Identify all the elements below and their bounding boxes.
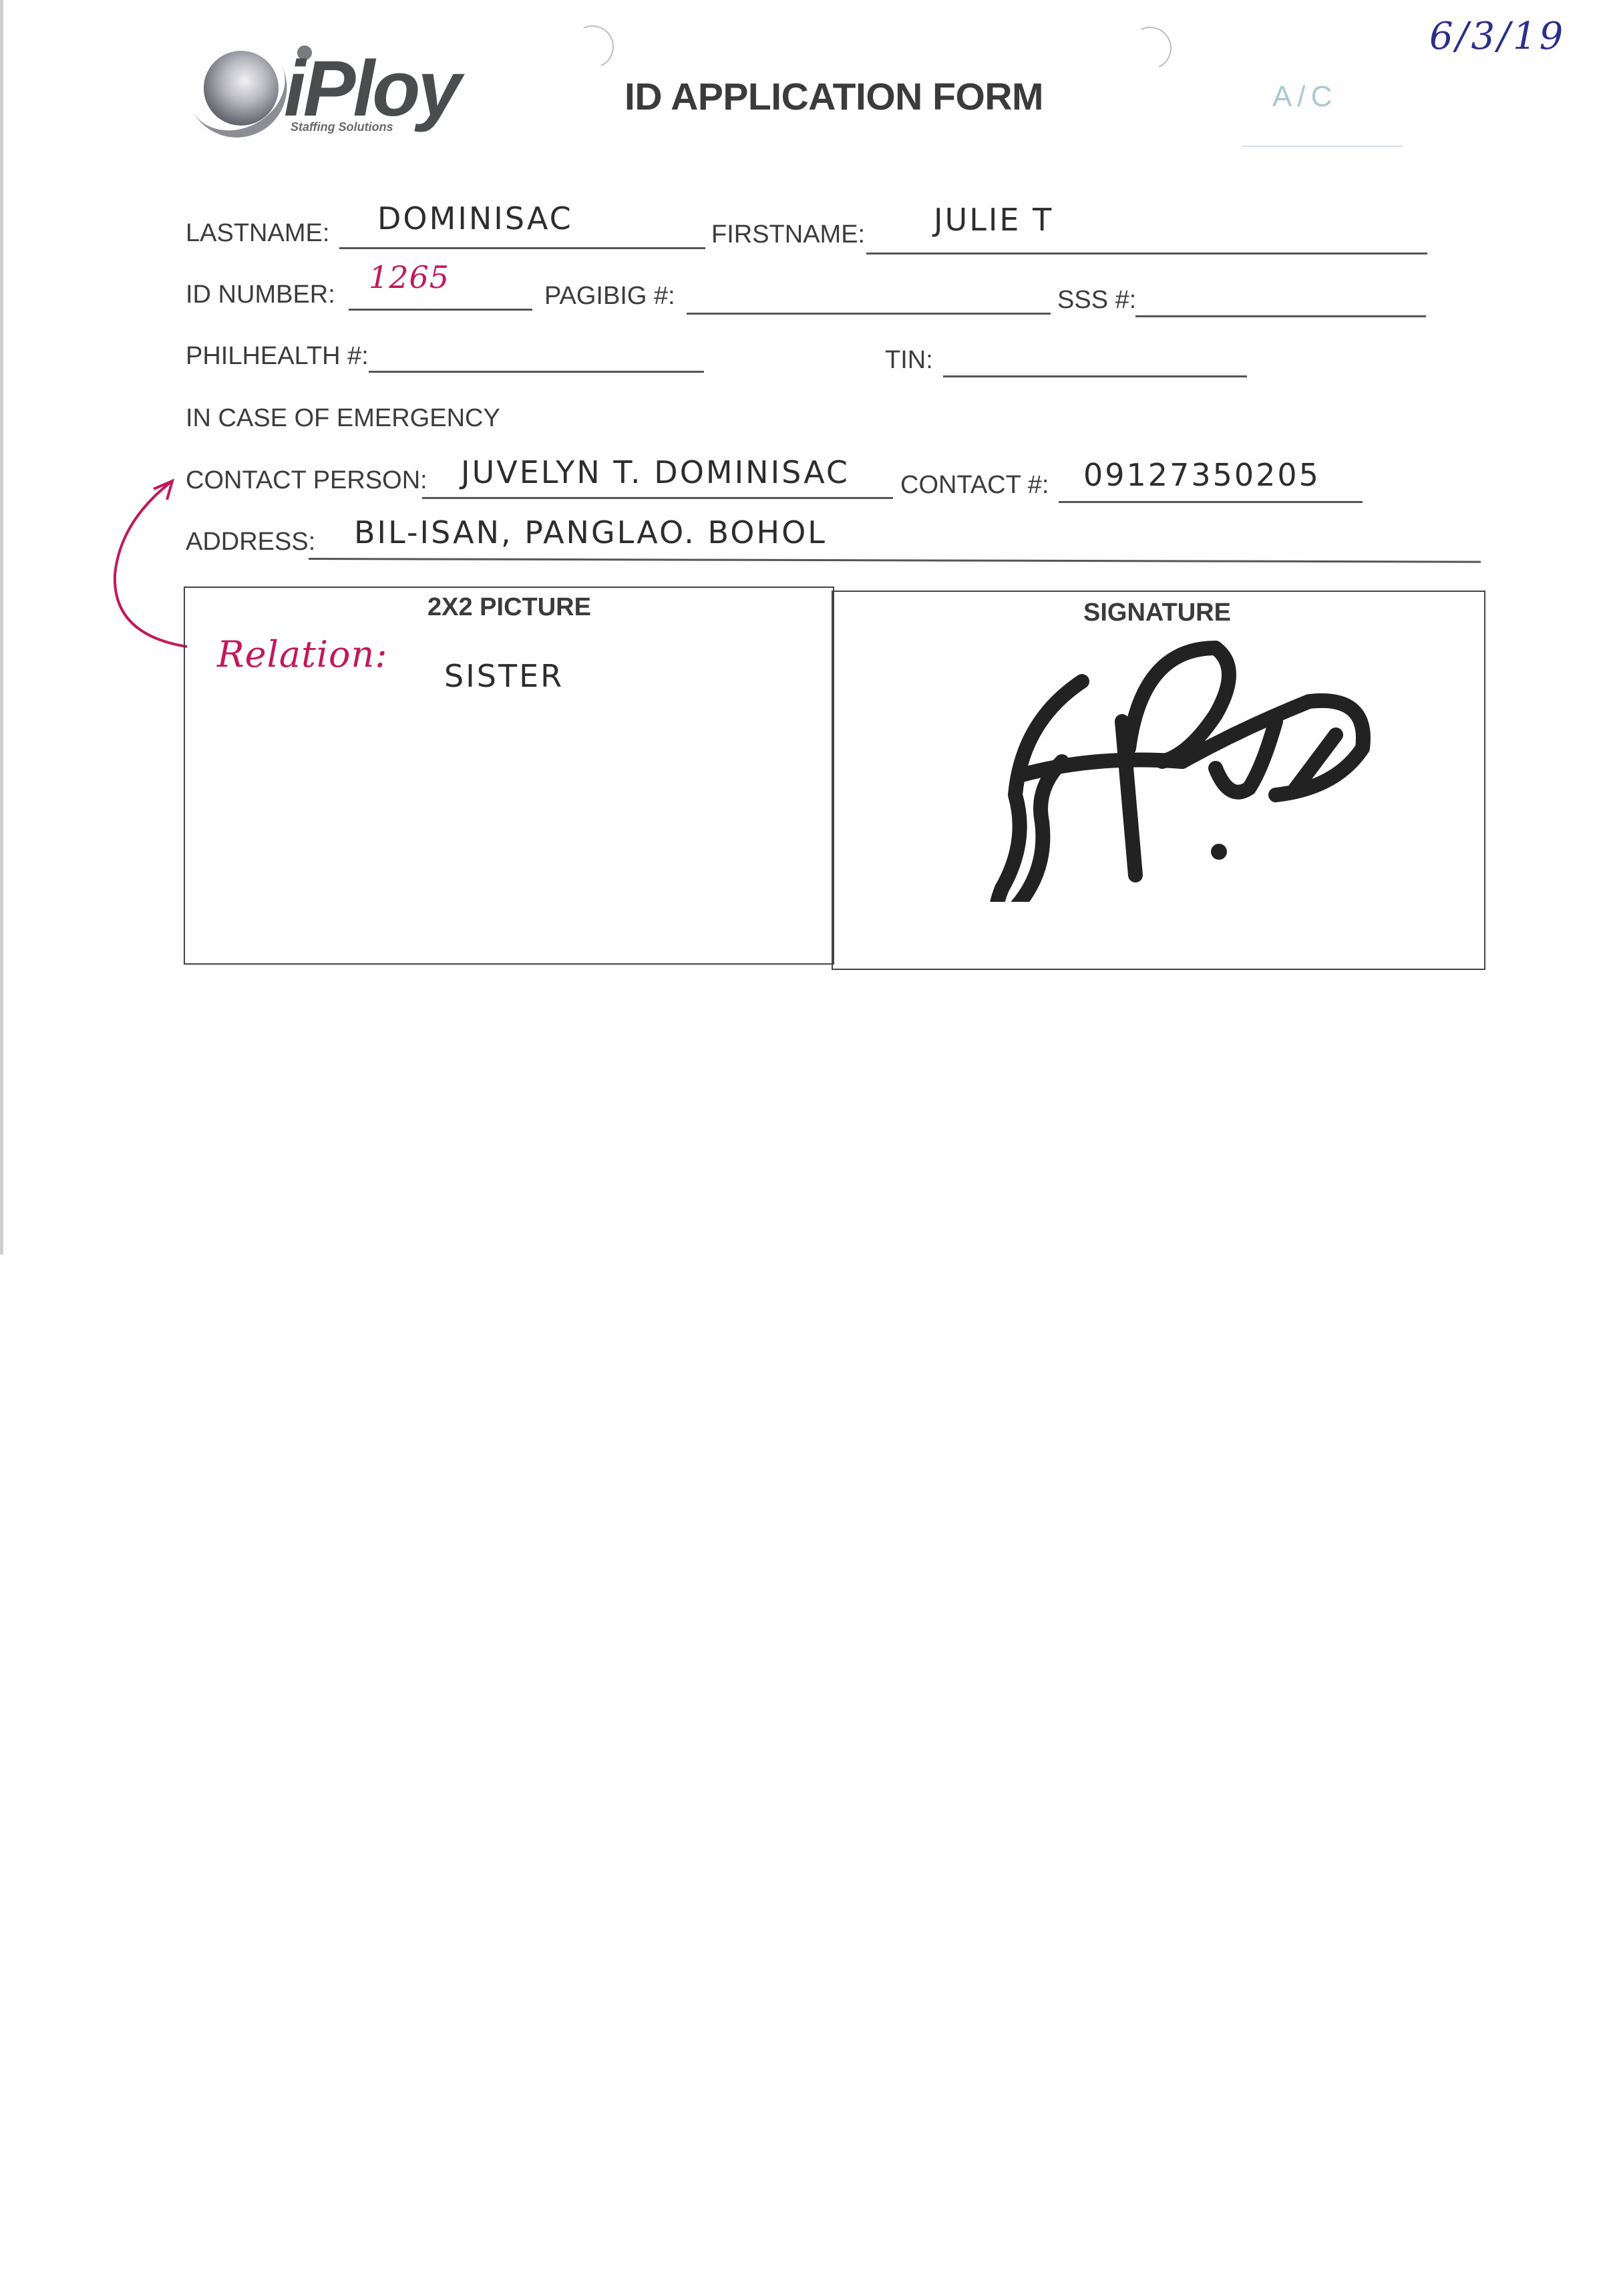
sss-field[interactable] [1135, 315, 1426, 317]
id-number-label: ID NUMBER: [186, 281, 335, 309]
id-application-form-page: iPloy Staffing Solutions ID APPLICATION … [0, 0, 1609, 2296]
form-title: ID APPLICATION FORM [624, 75, 1043, 119]
firstname-label: FIRSTNAME: [711, 220, 865, 249]
signature-mark [962, 621, 1443, 902]
faint-line [1242, 146, 1403, 147]
logo-tagline: Staffing Solutions [291, 120, 393, 134]
contact-number-field[interactable] [1059, 501, 1363, 503]
address-value: BIL-ISAN, PANGLAO. BOHOL [354, 514, 827, 550]
sss-label: SSS #: [1057, 286, 1136, 315]
punch-hole-mark [565, 19, 620, 74]
contact-person-value: JUVELYN T. DOMINISAC [461, 454, 850, 490]
relation-value: SISTER [444, 658, 564, 694]
pagibig-field[interactable] [687, 313, 1051, 315]
firstname-field[interactable] [866, 253, 1427, 255]
faint-stamp: A/C [1272, 80, 1337, 114]
address-field[interactable] [309, 558, 1481, 563]
picture-box-title: 2X2 PICTURE [427, 593, 591, 622]
punch-hole-mark [1123, 21, 1178, 75]
tin-field[interactable] [943, 375, 1247, 377]
id-number-field[interactable] [349, 309, 532, 311]
pagibig-label: PAGIBIG #: [544, 282, 675, 311]
id-number-value: 1265 [369, 259, 450, 295]
iploy-logo: iPloy Staffing Solutions [197, 45, 464, 146]
contact-number-label: CONTACT #: [900, 471, 1049, 500]
contact-person-field[interactable] [422, 497, 893, 499]
lastname-field[interactable] [339, 247, 705, 249]
philhealth-label: PHILHEALTH #: [186, 342, 369, 371]
philhealth-field[interactable] [369, 371, 704, 373]
relation-label: Relation: [217, 633, 388, 675]
emergency-heading: IN CASE OF EMERGENCY [186, 404, 500, 433]
lastname-label: LASTNAME: [186, 219, 329, 248]
date-annotation: 6/3/19 [1429, 15, 1566, 58]
lastname-value: DOMINISAC [377, 200, 573, 236]
firstname-value: JULIE T [934, 202, 1053, 238]
tin-label: TIN: [885, 346, 933, 375]
scan-edge [0, 0, 3, 1255]
logo-brand: iPloy [284, 45, 459, 132]
contact-number-value: 09127350205 [1083, 457, 1320, 493]
